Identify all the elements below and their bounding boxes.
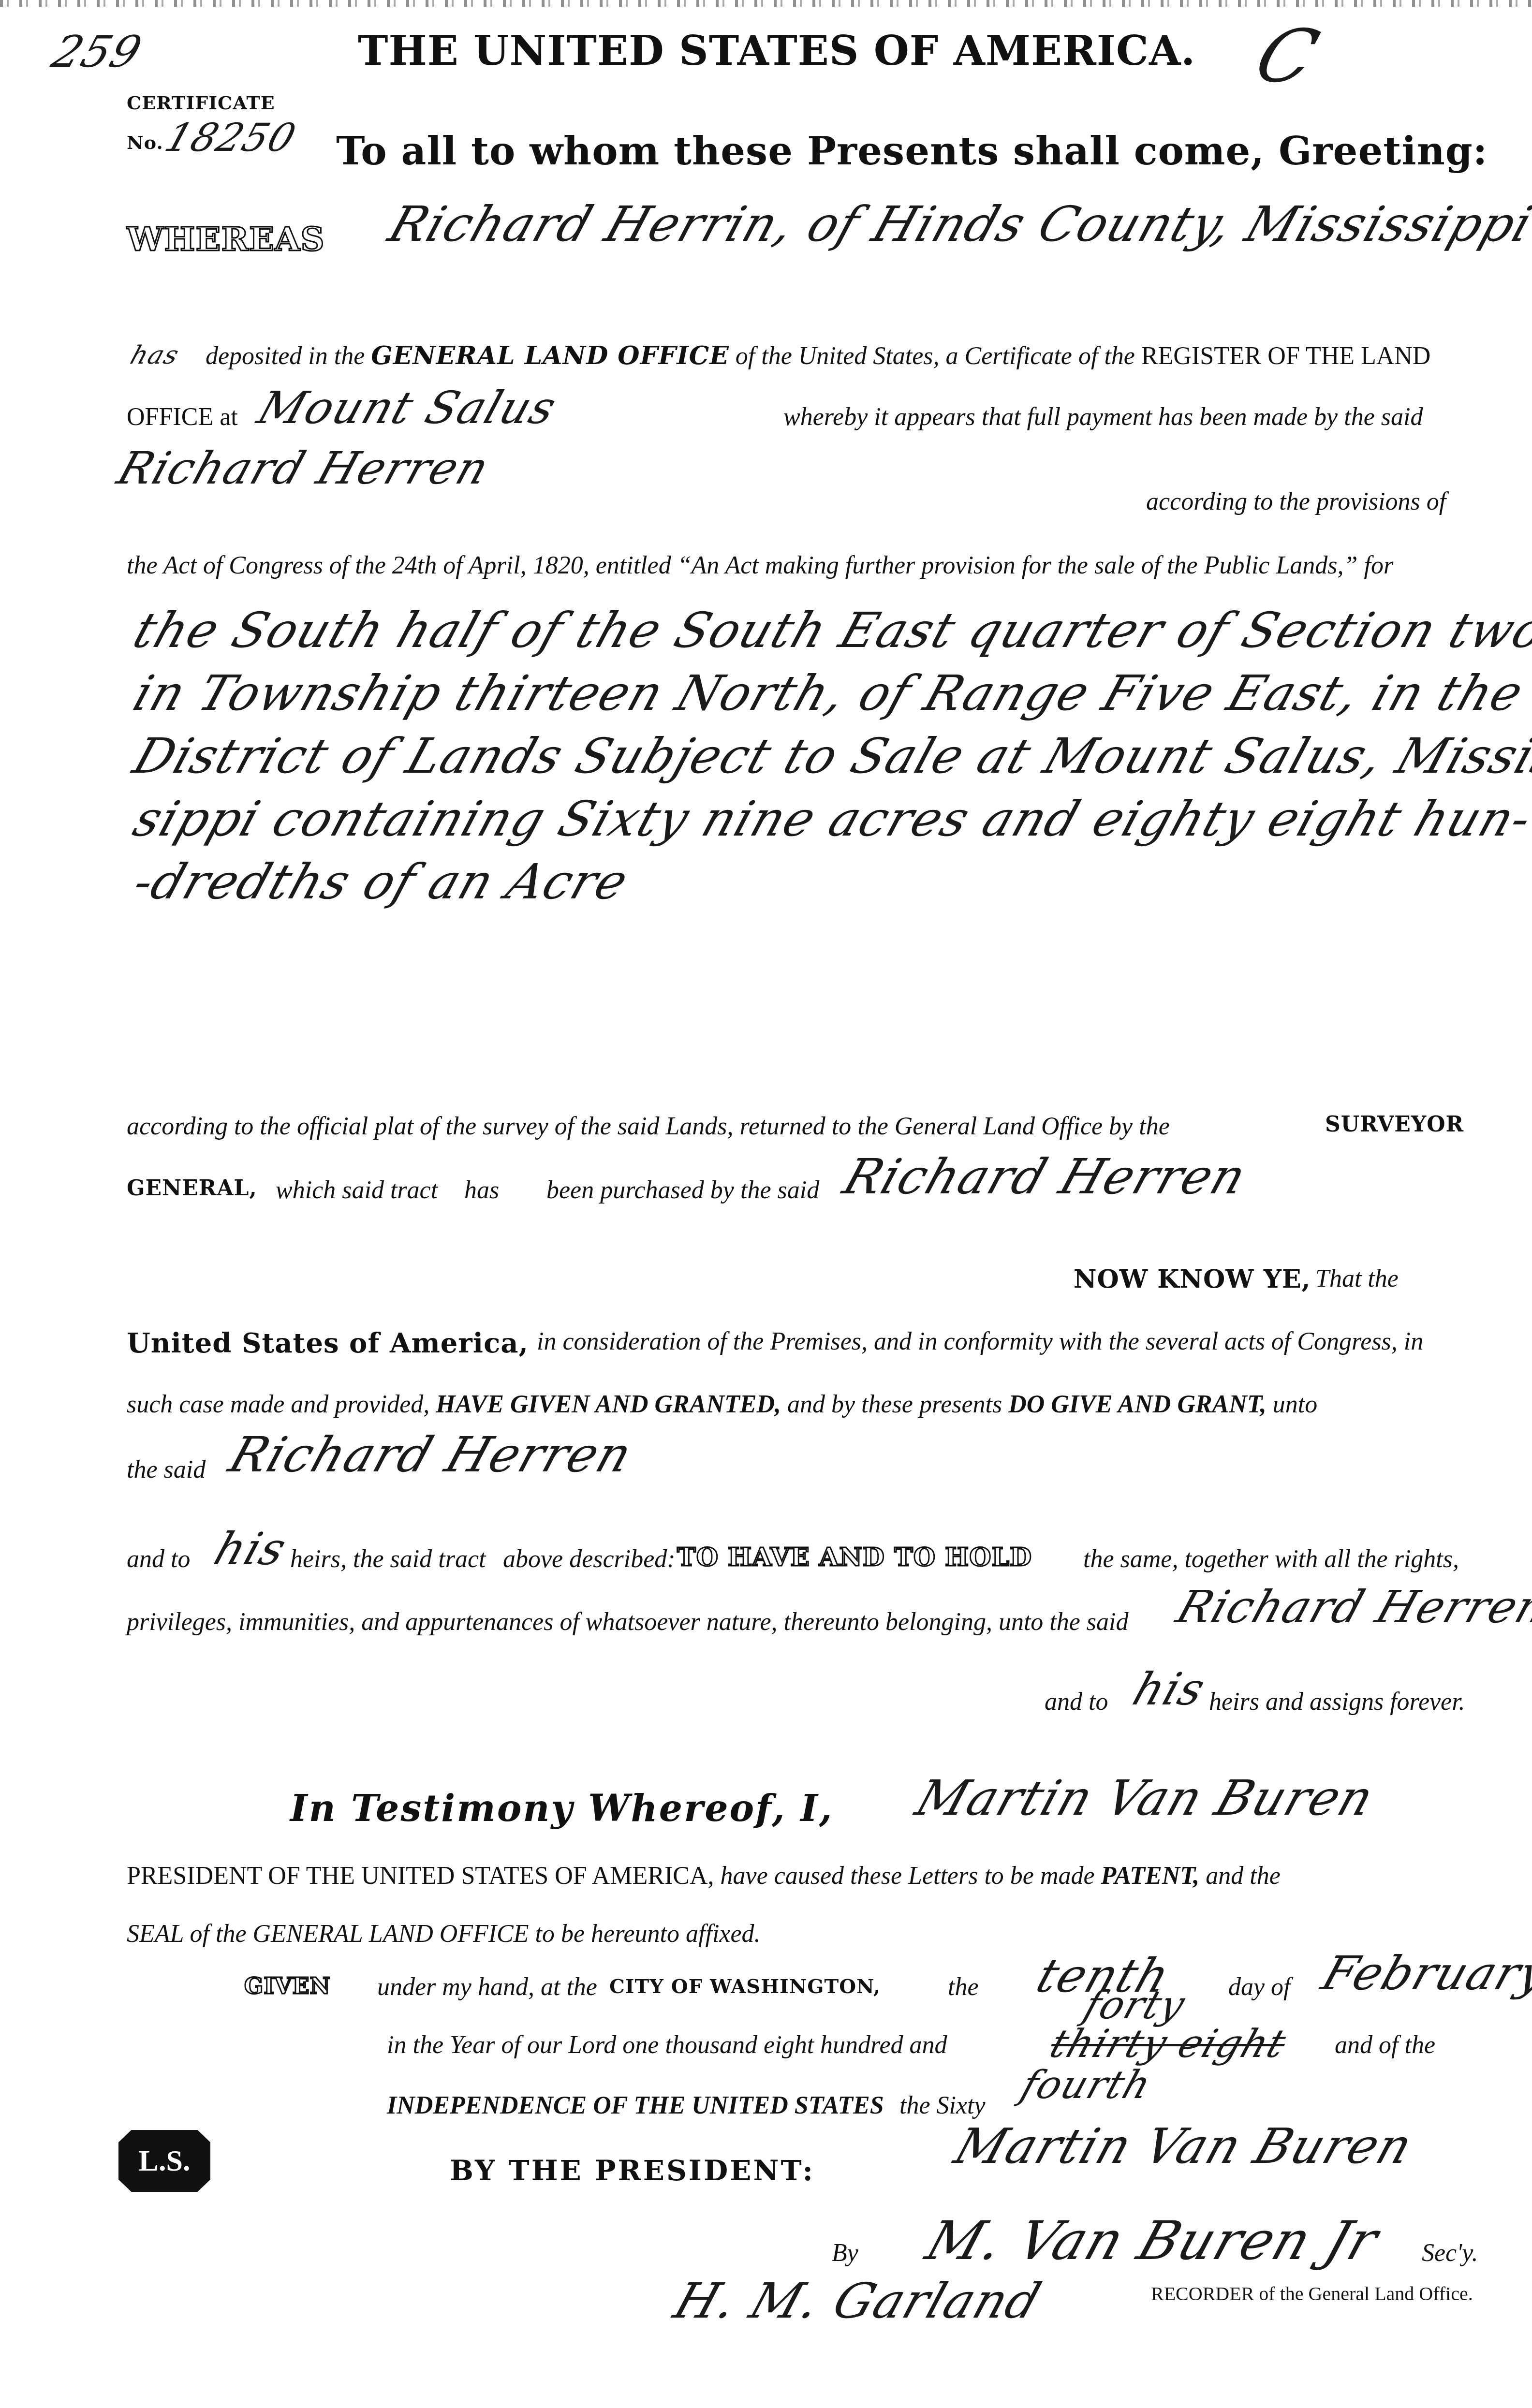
his-handwritten: his (208, 1523, 294, 1575)
certificate-number: 18250 (160, 115, 302, 160)
city-of-washington: CITY OF WASHINGTON, (609, 1975, 881, 1998)
document-title: THE UNITED STATES OF AMERICA. (358, 27, 1195, 74)
the-text: the (948, 1973, 979, 2001)
has-handwritten: has (127, 341, 183, 370)
and-to: and to (127, 1545, 190, 1573)
survey-text: according to the official plat of the su… (127, 1112, 1170, 1141)
consideration-text: in consideration of the Premises, and in… (537, 1327, 1423, 1356)
his-handwritten-2: his (1127, 1663, 1212, 1715)
grantee-name-county: Richard Herrin, of Hinds County, Mississ… (382, 196, 1532, 252)
purchaser-name: Richard Herren (837, 1148, 1254, 1205)
whereas-label: WHEREAS (127, 220, 325, 259)
purchased-text: been purchased by the said (546, 1176, 819, 1204)
has-text: has (464, 1176, 499, 1204)
grantee-name: Richard Herren (222, 1426, 640, 1483)
recorder-title: RECORDER of the General Land Office. (1151, 2282, 1473, 2305)
number-label: No. (127, 132, 163, 153)
heirs-text: heirs, the said tract (290, 1545, 486, 1573)
office-at-label: OFFICE at (127, 403, 238, 431)
act-of-congress-text: the Act of Congress of the 24th of April… (127, 551, 1393, 580)
now-know-ye: NOW KNOW YE, (1074, 1264, 1311, 1294)
recorder-signature: H. M. Garland (667, 2273, 1048, 2329)
president-title: PRESIDENT OF THE UNITED STATES OF AMERIC… (127, 1862, 714, 1890)
seal-label: L.S. (139, 2144, 191, 2178)
unto-text: unto (1273, 1391, 1317, 1418)
testimony-heading: In Testimony Whereof, I, (290, 1787, 833, 1830)
president-name-handwritten: Martin Van Buren (909, 1770, 1381, 1826)
given-label: GIVEN (244, 1973, 331, 1999)
payment-text: whereby it appears that full payment has… (783, 403, 1423, 431)
general-label: GENERAL, (127, 1176, 257, 1201)
day-of: day of (1228, 1973, 1291, 2001)
deposit-line-1: deposited in the GENERAL LAND OFFICE of … (206, 341, 1430, 370)
and-to-2: and to (1045, 1688, 1108, 1716)
land-description-line: District of Lands Subject to Sale at Mou… (127, 728, 1532, 784)
corner-mark: C (1245, 15, 1329, 99)
grant-line-2: such case made and provided, HAVE GIVEN … (127, 1390, 1317, 1419)
the-said: the said (127, 1455, 206, 1484)
privileges-text: privileges, immunities, and appurtenance… (127, 1608, 1129, 1636)
to-have-and-to-hold: TO HAVE AND TO HOLD (677, 1542, 1032, 1572)
secretary-signature: M. Van Buren Jr (919, 2210, 1386, 2272)
letters-text: have caused these Letters to be made (721, 1862, 1095, 1890)
deposit-text: deposited in the (206, 342, 365, 370)
above-described: above described: (503, 1545, 676, 1573)
land-description-line: -dredths of an Acre (127, 853, 636, 910)
year-text: in the Year of our Lord one thousand eig… (387, 2031, 947, 2059)
given-text: under my hand, at the (377, 1973, 597, 2001)
office-location: Mount Salus (251, 382, 563, 434)
certificate-label: CERTIFICATE (127, 92, 275, 114)
do-give-and-grant: DO GIVE AND GRANT, (1008, 1391, 1267, 1418)
page-number: 259 (46, 27, 148, 77)
assigns-text: heirs and assigns forever. (1209, 1688, 1465, 1716)
surveyor-label: SURVEYOR (1325, 1112, 1464, 1137)
independence-label: INDEPENDENCE OF THE UNITED STATES (387, 2091, 884, 2120)
grant-text: such case made and provided, (127, 1391, 429, 1418)
have-given-and-granted: HAVE GIVEN AND GRANTED, (436, 1391, 781, 1418)
by-the-president: BY THE PRESIDENT: (450, 2154, 815, 2187)
rights-text: the same, together with all the rights, (1083, 1545, 1459, 1573)
and-of-the: and of the (1335, 2031, 1435, 2059)
testimony-line-1: PRESIDENT OF THE UNITED STATES OF AMERIC… (127, 1862, 1281, 1890)
register-label: REGISTER OF THE LAND (1141, 342, 1430, 370)
usa-label: United States of America, (127, 1327, 529, 1359)
general-land-office-2: GENERAL LAND OFFICE (253, 1920, 529, 1948)
independence-year-handwritten: fourth (1016, 2062, 1157, 2107)
grant-text-2: and by these presents (787, 1391, 1002, 1418)
land-description-line: in Township thirteen North, of Range Fiv… (127, 665, 1531, 721)
affixed-text: to be hereunto affixed. (535, 1920, 761, 1948)
provisions-text: according to the provisions of (1146, 487, 1446, 516)
general-land-office: GENERAL LAND OFFICE (371, 341, 729, 370)
grantee-name-2: Richard Herren (1170, 1581, 1532, 1633)
and-the: and the (1206, 1862, 1281, 1890)
ls-seal: L.S. (118, 2130, 210, 2192)
tract-text: which said tract (276, 1176, 438, 1204)
land-description-line: sippi containing Sixty nine acres and ei… (127, 791, 1532, 847)
of-the: of the (190, 1920, 247, 1948)
that-the: That the (1315, 1264, 1399, 1293)
deposit-text-2: of the United States, a Certificate of t… (736, 342, 1135, 370)
seal-word: SEAL (127, 1920, 184, 1948)
the-sixty: the Sixty (899, 2091, 986, 2120)
by-label: By (832, 2239, 858, 2267)
scan-edge-noise (0, 0, 1532, 7)
land-description-line: the South half of the South East quarter… (127, 602, 1532, 659)
year-struck-handwritten: thirty eight (1045, 2021, 1292, 2066)
patent-label: PATENT, (1101, 1862, 1200, 1890)
month-handwritten: February (1315, 1946, 1532, 2000)
greeting: To all to whom these Presents shall come… (336, 128, 1488, 174)
testimony-line-2: SEAL of the GENERAL LAND OFFICE to be he… (127, 1920, 761, 1948)
secy-label: Sec'y. (1422, 2239, 1478, 2267)
president-signature: Martin Van Buren (948, 2118, 1420, 2174)
payer-name: Richard Herren (111, 442, 496, 494)
